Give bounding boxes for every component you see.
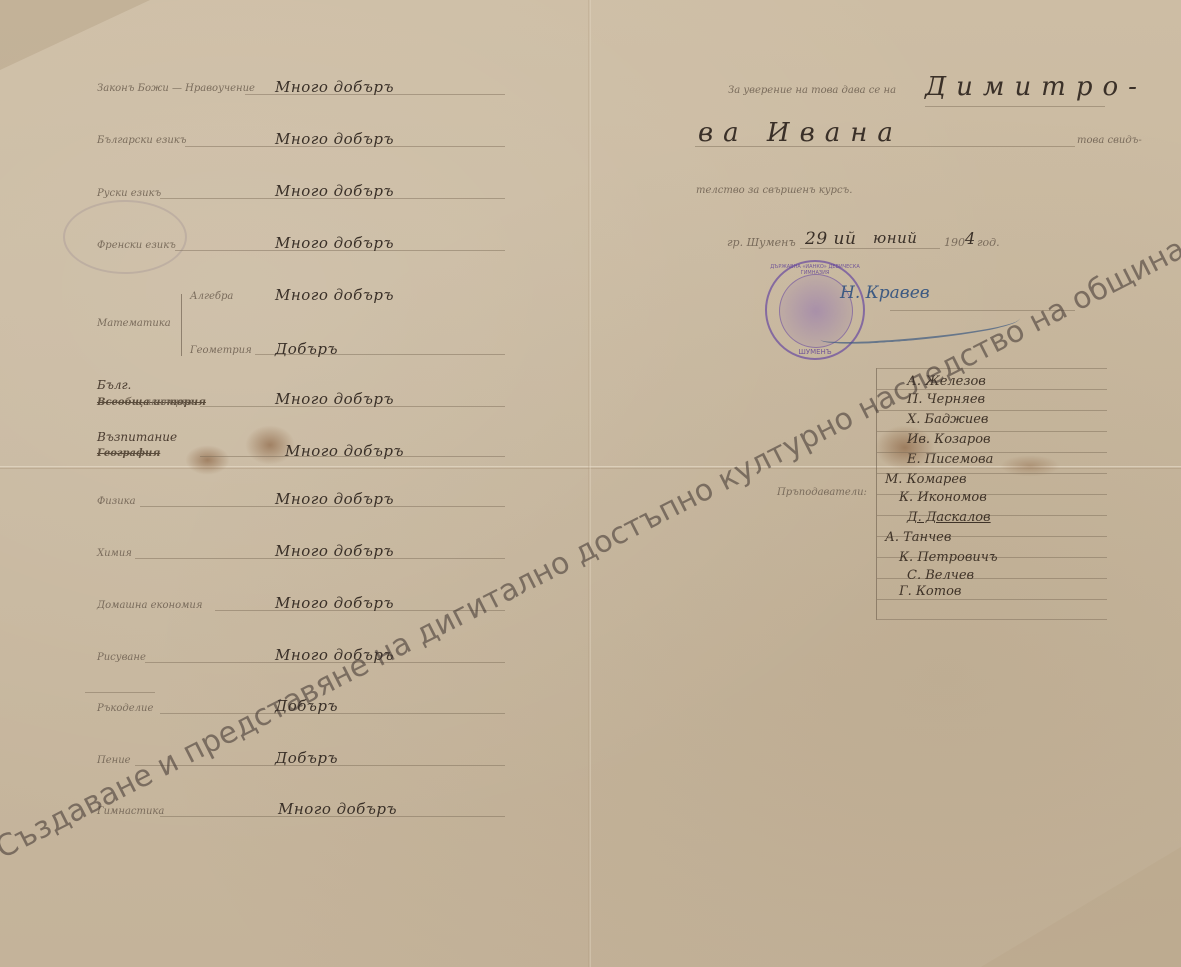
subject-label: Руски езикъ <box>97 188 161 199</box>
place-prefix: гр. Шуменъ <box>727 236 796 249</box>
rule <box>85 692 155 693</box>
certification-prefix: За уверение на това дава се на <box>728 85 896 96</box>
grade-value: Много добъръ <box>275 182 394 200</box>
rule <box>800 248 940 249</box>
subject-label: Рисуване <box>97 652 146 663</box>
subject-label: Домашна економия <box>97 600 202 611</box>
grade-value: Много добъръ <box>275 542 394 560</box>
struck-label: География <box>97 448 160 459</box>
teacher-signature: Г. Котов <box>899 584 961 599</box>
subject-label: Френски езикъ <box>97 240 176 251</box>
teacher-signature: М. Комарев <box>885 472 967 487</box>
teacher-signature: С. Велчев <box>907 568 974 583</box>
grade-value: Добъръ <box>275 749 338 767</box>
subject-label: Алгебра <box>190 291 233 302</box>
director-signature: Н. Кравев <box>840 283 930 303</box>
math-bracket <box>181 294 182 356</box>
grade-value: Много добъръ <box>275 78 394 96</box>
teachers-signature-box: А. Железов П. Черняев Х. Баджиев Ив. Коз… <box>876 368 1107 620</box>
grade-value: Много добъръ <box>275 594 394 612</box>
teachers-label: Пръподаватели: <box>777 487 867 498</box>
certificate-paper: Законъ Божи — Нравоучение Много добъръ Б… <box>0 0 1181 967</box>
recipient-name-part2: ва Ивана <box>698 118 903 148</box>
year-handwritten: 4 <box>965 229 976 248</box>
grade-value: Много добъръ <box>275 490 394 508</box>
stain <box>185 445 230 475</box>
school-seal-stamp: ДЪРЖАВНА «ИАНКО» ДЕВИЧЕСКА ГИМНАЗИЯ ШУМЕ… <box>765 260 865 360</box>
handwritten-correction: Възпитание <box>97 430 177 444</box>
teacher-signature: К. Петровичъ <box>899 550 998 565</box>
faded-stamp <box>63 200 187 274</box>
teacher-signature: Е. Писемова <box>907 452 993 467</box>
grade-value: Много добъръ <box>275 130 394 148</box>
handwritten-correction: Бълг. <box>97 378 131 392</box>
certification-suffix: това свидъ- <box>1077 135 1142 146</box>
teacher-signature: Д. Даскалов <box>907 510 991 525</box>
teacher-signature: Х. Баджиев <box>907 412 988 427</box>
subject-label: Геометрия <box>190 345 252 356</box>
grade-value: Много добъръ <box>275 286 394 304</box>
grade-value: Много добъръ <box>275 234 394 252</box>
subject-label: Физика <box>97 496 136 507</box>
subject-label: Пение <box>97 755 131 766</box>
vertical-fold-crease <box>588 0 591 967</box>
torn-corner-bottom-right <box>981 847 1181 967</box>
teacher-signature: Ив. Козаров <box>907 432 991 447</box>
year-suffix: год. <box>977 236 1000 249</box>
recipient-name-part1: Димитро- <box>925 72 1147 102</box>
date-month: юний <box>873 229 917 247</box>
subject-label: Законъ Божи — Нравоучение <box>97 83 255 94</box>
year-printed: 190 <box>944 236 965 249</box>
stamp-bottom-text: ШУМЕНЪ <box>767 348 863 356</box>
teacher-signature: А. Танчев <box>885 530 951 545</box>
stamp-top-text: ДЪРЖАВНА «ИАНКО» ДЕВИЧЕСКА ГИМНАЗИЯ <box>767 264 863 276</box>
subject-label: история <box>148 397 195 408</box>
subject-label: Химия <box>97 548 132 559</box>
date-day: 29 ий <box>805 229 856 249</box>
math-group-label: Математика <box>97 318 171 329</box>
subject-label: Български езикъ <box>97 135 186 146</box>
rule <box>925 106 1105 107</box>
grade-value: Добъръ <box>275 340 338 358</box>
certification-line3: телство за свършенъ курсъ. <box>696 185 852 196</box>
teacher-signature: К. Икономов <box>899 490 987 505</box>
folded-corner-top-left <box>0 0 150 70</box>
grade-value: Много добъръ <box>275 390 394 408</box>
grade-value: Много добъръ <box>278 800 397 818</box>
grade-value: Много добъръ <box>285 442 404 460</box>
subject-label: Ръкоделие <box>97 703 153 714</box>
